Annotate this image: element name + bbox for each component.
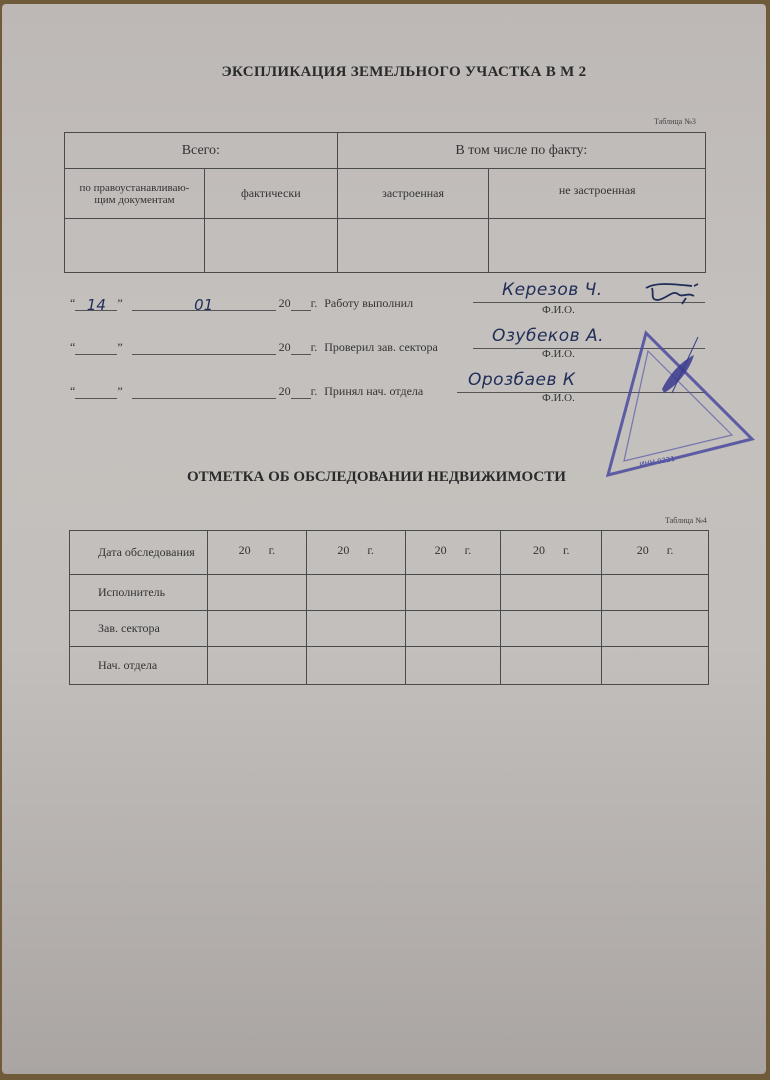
- year-field[interactable]: [291, 340, 311, 355]
- fio-label: Ф.И.О.: [542, 348, 575, 360]
- table-row: Дата обследования20 г.20 г.20 г.20 г.20 …: [70, 531, 709, 575]
- table-row: Зав. сектора: [70, 611, 709, 647]
- date-cell[interactable]: 20 г.: [602, 531, 709, 575]
- triangle-stamp-icon: ИНН 0221: [602, 329, 762, 479]
- header-total: Всего:: [65, 133, 338, 169]
- handwritten-name: Озубеков А.: [492, 326, 604, 346]
- inspection-table-body: Дата обследования20 г.20 г.20 г.20 г.20 …: [70, 531, 709, 685]
- handwritten-name: Керезов Ч.: [502, 280, 603, 300]
- inspection-title: ОТМЕТКА ОБ ОБСЛЕДОВАНИИ НЕДВИЖИМОСТИ: [187, 469, 566, 486]
- signature-scribble-icon: [642, 280, 704, 306]
- signature-cell[interactable]: [207, 611, 306, 647]
- value-built[interactable]: [337, 219, 489, 273]
- table3-label: Таблица №3: [654, 117, 696, 126]
- signature-cell[interactable]: [602, 575, 709, 611]
- signature-cell[interactable]: [405, 575, 501, 611]
- day-field[interactable]: [75, 384, 117, 399]
- value-unbuilt[interactable]: [489, 219, 706, 273]
- date-cell[interactable]: 20 г.: [207, 531, 306, 575]
- signature-cell[interactable]: [602, 647, 709, 685]
- header-by-fact: В том числе по факту:: [337, 133, 705, 169]
- signature-cell[interactable]: [602, 611, 709, 647]
- explication-title: ЭКСПЛИКАЦИЯ ЗЕМЕЛЬНОГО УЧАСТКА В М 2: [2, 64, 766, 81]
- value-actual[interactable]: [204, 219, 337, 273]
- row-label: Зав. сектора: [70, 611, 208, 647]
- table-row: Исполнитель: [70, 575, 709, 611]
- day-field[interactable]: [75, 340, 117, 355]
- role-label: Принял нач. отдела: [324, 384, 423, 398]
- month-field[interactable]: [132, 384, 276, 399]
- document-page: ЭКСПЛИКАЦИЯ ЗЕМЕЛЬНОГО УЧАСТКА В М 2 Таб…: [2, 4, 766, 1074]
- fio-label: Ф.И.О.: [542, 304, 575, 316]
- day-field[interactable]: 14: [75, 296, 117, 311]
- signature-cell[interactable]: [501, 647, 602, 685]
- signature-row-performed: “14” 01 20г. Работу выполнил: [70, 296, 413, 311]
- col-by-documents: по правоустанавливаю-щим документам: [65, 169, 205, 219]
- signature-cell[interactable]: [405, 611, 501, 647]
- year-field[interactable]: [291, 384, 311, 399]
- date-cell[interactable]: 20 г.: [405, 531, 501, 575]
- role-label: Проверил зав. сектора: [324, 340, 438, 354]
- fio-label: Ф.И.О.: [542, 392, 575, 404]
- col-built: застроенная: [337, 169, 489, 219]
- signature-cell[interactable]: [207, 647, 306, 685]
- signature-cell[interactable]: [501, 611, 602, 647]
- explication-table: Всего: В том числе по факту: по правоуст…: [64, 132, 706, 273]
- value-by-documents[interactable]: [65, 219, 205, 273]
- row-label: Дата обследования: [70, 531, 208, 575]
- signature-cell[interactable]: [207, 575, 306, 611]
- col-unbuilt: не застроенная: [489, 169, 706, 219]
- table-row: Нач. отдела: [70, 647, 709, 685]
- month-field[interactable]: [132, 340, 276, 355]
- table4-label: Таблица №4: [665, 516, 707, 525]
- row-label: Нач. отдела: [70, 647, 208, 685]
- signature-cell[interactable]: [501, 575, 602, 611]
- signature-row-checked: “” 20г. Проверил зав. сектора: [70, 340, 438, 355]
- role-label: Работу выполнил: [324, 296, 413, 310]
- month-field[interactable]: 01: [132, 296, 276, 311]
- handwritten-name: Орозбаев К: [468, 370, 575, 390]
- signature-cell[interactable]: [306, 611, 405, 647]
- signature-cell[interactable]: [405, 647, 501, 685]
- date-cell[interactable]: 20 г.: [306, 531, 405, 575]
- svg-text:ИНН 0221: ИНН 0221: [639, 455, 676, 469]
- signature-cell[interactable]: [306, 575, 405, 611]
- signature-row-accepted: “” 20г. Принял нач. отдела: [70, 384, 423, 399]
- date-cell[interactable]: 20 г.: [501, 531, 602, 575]
- signature-cell[interactable]: [306, 647, 405, 685]
- year-field[interactable]: [291, 296, 311, 311]
- row-label: Исполнитель: [70, 575, 208, 611]
- col-actual: фактически: [204, 169, 337, 219]
- inspection-table: Дата обследования20 г.20 г.20 г.20 г.20 …: [69, 530, 709, 685]
